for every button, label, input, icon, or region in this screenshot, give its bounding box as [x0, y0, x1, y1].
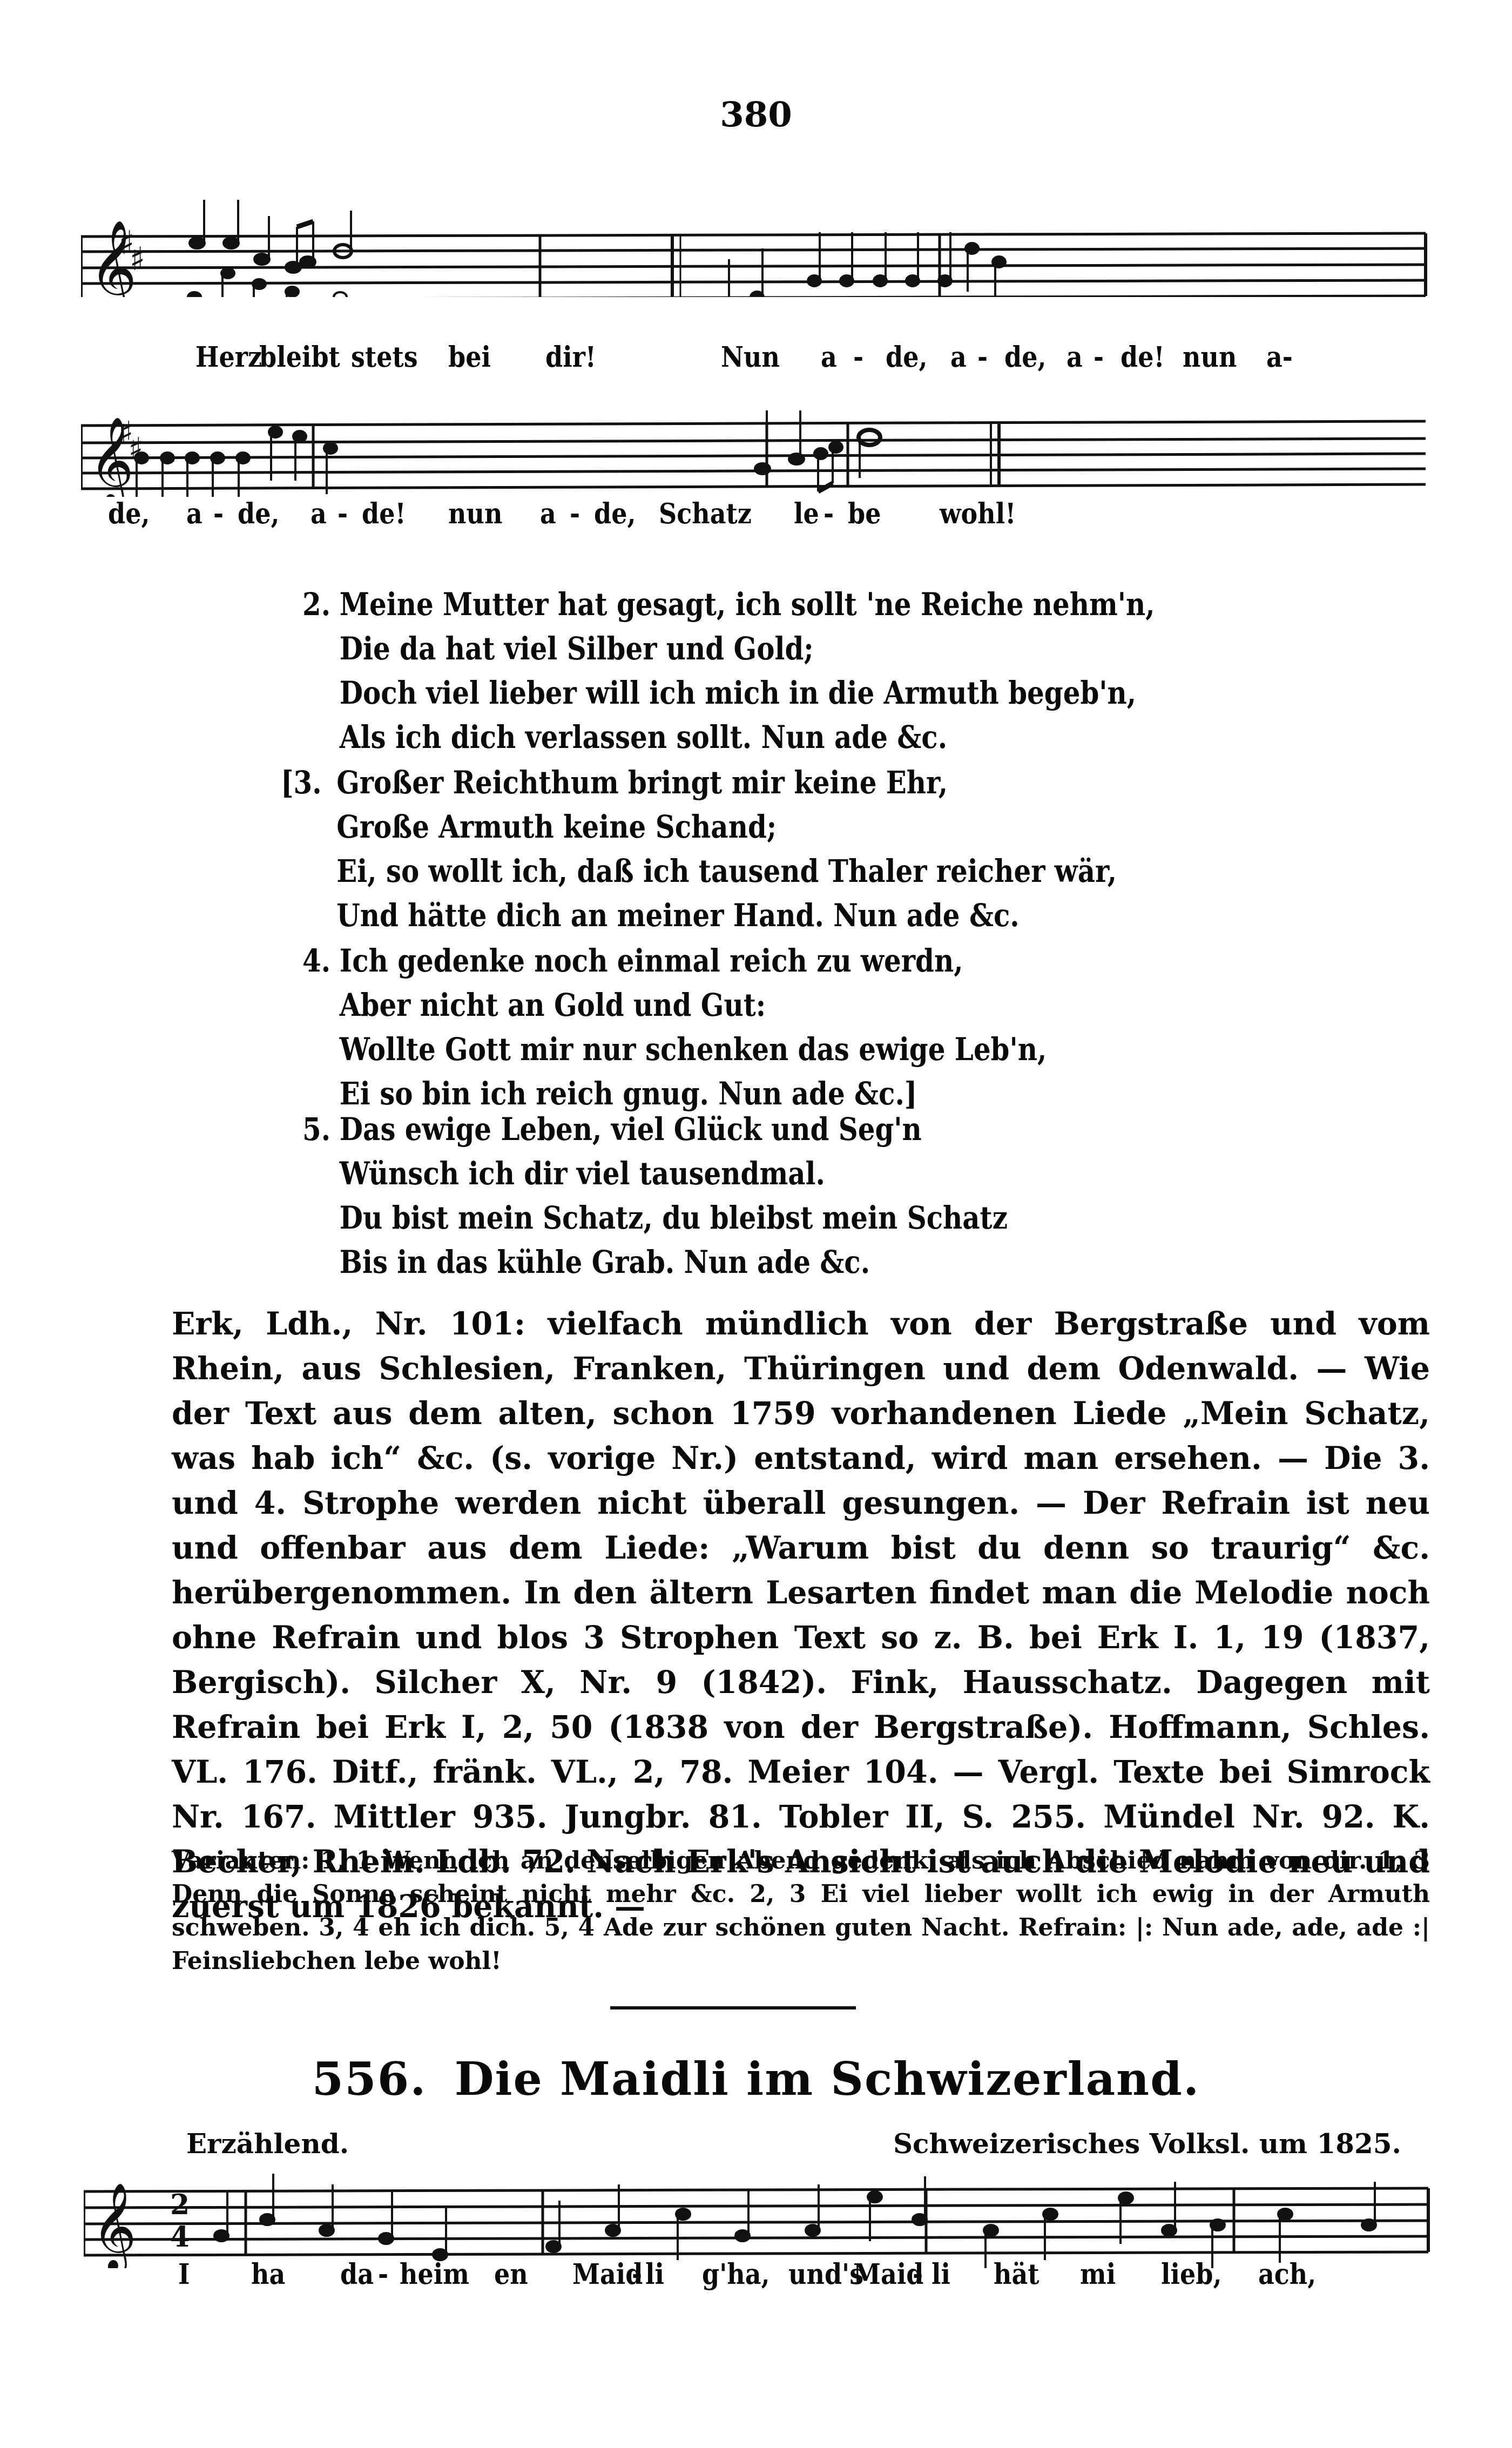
lyric-hyphen: -: [632, 2257, 642, 2291]
lyrics-line-3: I ha da - heim en Maid - li g'ha, und's …: [0, 2257, 1512, 2295]
lyric-syllable: de!: [1120, 340, 1165, 374]
lyric-syllable: g'ha,: [702, 2257, 770, 2291]
music-staff-2: 𝄞 ♯ ♯: [81, 400, 1431, 497]
lyric-syllable: nun: [1183, 340, 1237, 374]
lyric-syllable: Nun: [721, 340, 780, 374]
lyric-syllable: dir!: [545, 340, 596, 374]
lyric-syllable: bei: [448, 340, 491, 374]
lyric-syllable: mi: [1080, 2257, 1116, 2291]
stanza-line: Als ich dich verlassen sollt. Nun ade &c…: [302, 715, 1155, 759]
lyric-syllable: a: [540, 497, 556, 530]
lyric-syllable: lieb,: [1161, 2257, 1221, 2291]
lyric-syllable: le: [794, 497, 819, 530]
variants-paragraph: Varianten: 1, 1 Wenn ich an denselbigen …: [172, 1844, 1430, 1978]
music-staff-3: 𝄞 2 4: [84, 2171, 1434, 2268]
lyric-hyphen: -: [378, 2257, 388, 2291]
stanza-number: 4.: [302, 939, 340, 983]
lyric-syllable: de!: [362, 497, 406, 530]
music-staff-1: 𝄞 ♯ ♯: [81, 189, 1431, 297]
stanza-line: Bis in das kühle Grab. Nun ade &c.: [302, 1240, 1008, 1284]
lyric-hyphen: -: [823, 497, 834, 530]
lyric-syllable: a: [310, 497, 327, 530]
stanza-number: [3.: [281, 760, 336, 805]
commentary-text: Erk, Ldh., Nr. 101: vielfach mündlich vo…: [172, 1301, 1430, 1929]
lyric-syllable: nun: [448, 497, 502, 530]
lyric-syllable: ach,: [1258, 2257, 1316, 2291]
lyric-hyphen: -: [570, 497, 580, 530]
lyrics-line-1: Herz bleibt stets bei dir! Nun a - de, a…: [0, 340, 1512, 377]
lyric-syllable: de,: [594, 497, 636, 530]
lyric-syllable: a: [186, 497, 202, 530]
song-number: 556.: [312, 2052, 427, 2106]
stanza-5: 5.Das ewige Leben, viel Glück und Seg'n …: [302, 1107, 1008, 1284]
lyric-syllable: a-: [1266, 340, 1293, 374]
svg-text:4: 4: [170, 2221, 190, 2254]
stanza-number: 5.: [302, 1107, 340, 1151]
stanza-2: 2.Meine Mutter hat gesagt, ich sollt 'ne…: [302, 582, 1155, 759]
lyric-hyphen: -: [1093, 340, 1104, 374]
lyric-syllable: da: [340, 2257, 374, 2291]
lyric-syllable: a: [950, 340, 967, 374]
stanza-line: Wünsch ich dir viel tausendmal.: [302, 1151, 1008, 1196]
svg-text:2: 2: [170, 2188, 190, 2221]
stanza-number: 2.: [302, 582, 340, 626]
lyric-syllable: de,: [1004, 340, 1046, 374]
variants-text: Varianten: 1, 1 Wenn ich an denselbigen …: [172, 1844, 1430, 1978]
lyric-hyphen: -: [337, 497, 348, 530]
stanza-line: Ei, so wollt ich, daß ich tausend Thaler…: [281, 849, 1117, 893]
lyric-syllable: stets: [351, 340, 418, 374]
lyric-syllable: Schatz: [659, 497, 752, 530]
lyric-syllable: li: [932, 2257, 950, 2291]
lyric-hyphen: -: [213, 497, 224, 530]
stanza-line: Aber nicht an Gold und Gut:: [302, 983, 1047, 1027]
song-title: Die Maidli im Schwizerland.: [455, 2052, 1200, 2106]
lyric-syllable: de,: [238, 497, 279, 530]
staff-notation-1: 𝄞 ♯ ♯: [81, 189, 1431, 297]
stanza-line: Und hätte dich an meiner Hand. Nun ade &…: [281, 893, 1117, 938]
stanza-3: [3.Großer Reichthum bringt mir keine Ehr…: [281, 760, 1117, 938]
commentary-paragraph: Erk, Ldh., Nr. 101: vielfach mündlich vo…: [172, 1301, 1430, 1929]
lyric-syllable: a: [821, 340, 837, 374]
lyric-hyphen: -: [977, 340, 988, 374]
lyric-syllable: ha: [251, 2257, 285, 2291]
lyric-syllable: und's: [788, 2257, 863, 2291]
lyric-syllable: en: [494, 2257, 528, 2291]
stanza-line: Wollte Gott mir nur schenken das ewige L…: [302, 1027, 1047, 1071]
stanza-line: Doch viel lieber will ich mich in die Ar…: [302, 671, 1155, 715]
lyric-syllable: wohl!: [940, 497, 1016, 530]
lyric-syllable: I: [178, 2257, 190, 2291]
lyric-hyphen: -: [913, 2257, 923, 2291]
lyric-hyphen: -: [853, 340, 863, 374]
stanza-line: Große Armuth keine Schand;: [281, 805, 1117, 849]
page-number: 380: [0, 95, 1512, 135]
stanza-line: Ich gedenke noch einmal reich zu werdn,: [340, 942, 963, 979]
lyric-syllable: de,: [886, 340, 927, 374]
song-heading: 556. Die Maidli im Schwizerland.: [0, 2052, 1512, 2106]
lyric-syllable: Herz: [195, 340, 262, 374]
stanza-line: Meine Mutter hat gesagt, ich sollt 'ne R…: [340, 586, 1155, 623]
lyric-syllable: li: [645, 2257, 664, 2291]
lyrics-line-2: de, a - de, a - de! nun a - de, Schatz l…: [0, 497, 1512, 534]
stanza-line: Das ewige Leben, viel Glück und Seg'n: [340, 1111, 922, 1148]
lyric-syllable: de,: [108, 497, 150, 530]
lyric-syllable: be: [848, 497, 881, 530]
lyric-syllable: bleibt: [259, 340, 340, 374]
svg-text:𝄞: 𝄞: [92, 2182, 137, 2268]
section-divider: [610, 2006, 856, 2009]
stanza-line: Großer Reichthum bringt mir keine Ehr,: [336, 764, 948, 801]
tempo-marking: Erzählend.: [186, 2128, 349, 2160]
stanza-4: 4.Ich gedenke noch einmal reich zu werdn…: [302, 939, 1047, 1116]
staff-notation-2: 𝄞 ♯ ♯: [81, 400, 1431, 497]
stanza-line: Die da hat viel Silber und Gold;: [302, 626, 1155, 671]
lyric-syllable: hät: [994, 2257, 1039, 2291]
song-source: Schweizerisches Volksl. um 1825.: [893, 2128, 1401, 2160]
staff-notation-3: 𝄞 2 4: [84, 2171, 1434, 2268]
stanza-line: Du bist mein Schatz, du bleibst mein Sch…: [302, 1196, 1008, 1240]
svg-text:♯: ♯: [130, 240, 145, 278]
lyric-syllable: a: [1066, 340, 1083, 374]
lyric-syllable: heim: [400, 2257, 469, 2291]
